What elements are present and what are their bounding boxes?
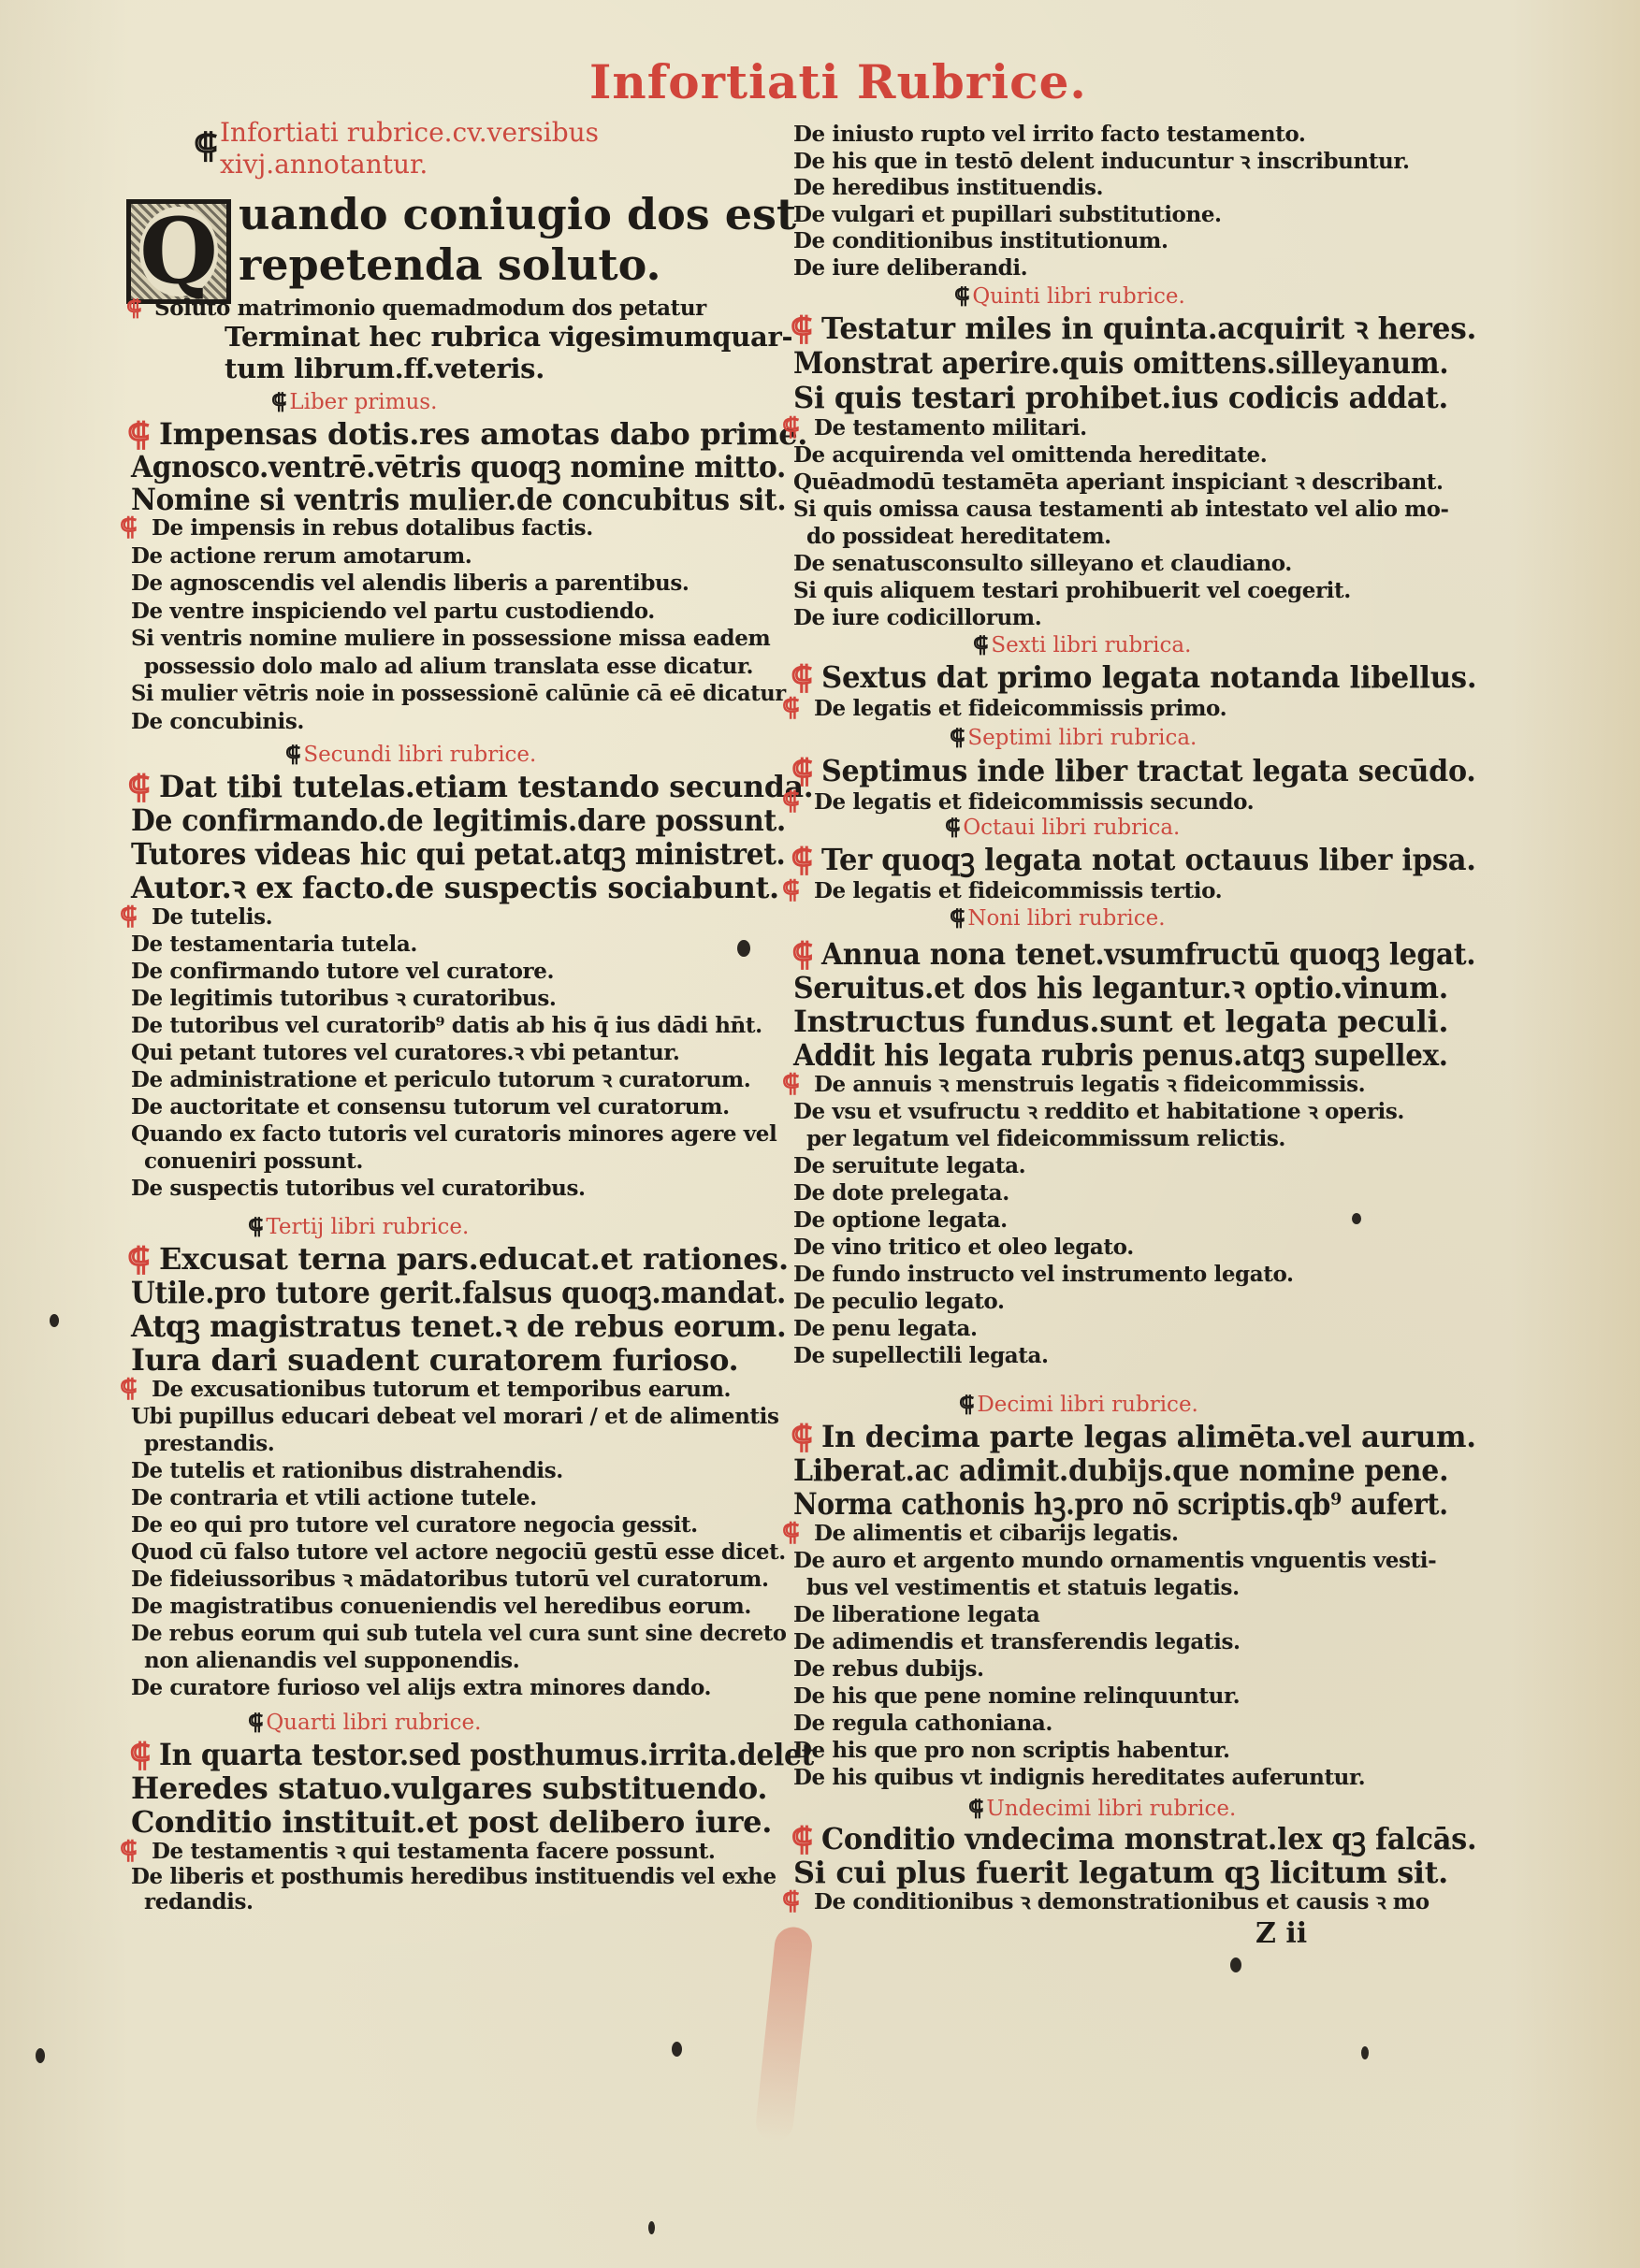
verse-line: Heredes statuo.vulgares substituendo. <box>131 1773 767 1803</box>
entry-line: ⸿De annuis ꝛ menstruis legatis ꝛ fideico… <box>814 1074 1365 1095</box>
pilcrow-icon: ⸿ <box>120 515 137 540</box>
verse-text: Norma cathonis hꝫ.pro nō scriptis.qb⁹ au… <box>793 1486 1448 1522</box>
title-entry: ⸿ Soluto matrimonio quemadmodum dos peta… <box>154 297 706 319</box>
pilcrow-icon: ⸿ <box>950 727 965 748</box>
entry-text: De eo qui pro tutore vel curatore negoci… <box>131 1512 698 1538</box>
title-line: uando coniugio dos est <box>239 193 796 236</box>
pilcrow-icon: ⸿ <box>194 129 218 163</box>
entry-text: De dote prelegata. <box>793 1180 1009 1206</box>
verse-text: Agnosco.ventrē.vētris quoqꝫ nomine mitto… <box>131 449 786 484</box>
pilcrow-icon: ⸿ <box>248 1712 263 1733</box>
entry-text: De vulgari et pupillari substitutione. <box>793 202 1222 227</box>
entry-line: De his quibus vt indignis hereditates au… <box>793 1767 1365 1788</box>
title-line: repetenda soluto. <box>239 243 661 286</box>
incunabulum-page: Infortiati Rubrice. ⸿ Infortiati rubrice… <box>0 0 1640 2268</box>
verse-line: ⸿Dat tibi tutelas.etiam testando secunda… <box>159 772 814 802</box>
entry-text: Si ventris nomine muliere in possessione… <box>131 626 770 651</box>
entry-line: ⸿De excusationibus tutorum et temporibus… <box>152 1379 731 1400</box>
entry-line: ⸿De legatis et fideicommissis secundo. <box>814 791 1254 813</box>
book-heading: ⸿Liber primus. <box>271 391 437 413</box>
entry-line: Quēadmodū testamēta aperiant inspiciant … <box>793 471 1444 493</box>
entry-line: do possideat hereditatem. <box>806 526 1111 547</box>
entry-text: De confirmando tutore vel curatore. <box>131 959 554 984</box>
entry-line: redandis. <box>144 1891 254 1913</box>
verse-line: Iura dari suadent curatorem furioso. <box>131 1345 738 1375</box>
pilcrow-icon: ⸿ <box>791 313 812 345</box>
pilcrow-icon: ⸿ <box>782 878 799 903</box>
entry-line: De vino tritico et oleo legato. <box>793 1236 1134 1258</box>
pilcrow-icon: ⸿ <box>791 1824 813 1856</box>
book-heading: ⸿Noni libri rubrice. <box>950 907 1166 930</box>
entry-line: De iure deliberandi. <box>793 257 1027 279</box>
entry-line: De dote prelegata. <box>793 1182 1009 1204</box>
entry-text: De iniusto rupto vel irrito facto testam… <box>793 122 1306 147</box>
verse-text: Iura dari suadent curatorem furioso. <box>131 1342 738 1378</box>
pilcrow-icon: ⸿ <box>120 1839 137 1863</box>
entry-line: De regula cathoniana. <box>793 1712 1052 1734</box>
pilcrow-icon: ⸿ <box>782 1521 799 1545</box>
verse-line: ⸿Annua nona tenet.vsumfructū quoqꝫ legat… <box>821 939 1475 969</box>
entry-text: De his que pro non scriptis habentur. <box>793 1738 1230 1763</box>
entry-text: De his que in testō delent inducuntur ꝛ … <box>793 149 1410 174</box>
entry-text: De adimendis et transferendis legatis. <box>793 1629 1241 1654</box>
verse-text: Seruitus.et dos his legantur.ꝛ optio.vin… <box>793 970 1448 1005</box>
entry-text: De contraria et vtili actione tutele. <box>131 1485 537 1510</box>
entry-text: De liberis et posthumis heredibus instit… <box>131 1864 776 1889</box>
book-heading: ⸿Septimi libri rubrica. <box>950 727 1197 749</box>
entry-text: De excusationibus tutorum et temporibus … <box>152 1377 731 1402</box>
entry-text: Qui petant tutores vel curatores.ꝛ vbi p… <box>131 1040 680 1065</box>
entry-line: De testamentaria tutela. <box>131 933 417 955</box>
entry-text: De legatis et fideicommissis tertio. <box>814 878 1222 903</box>
book-heading: ⸿Undecimi libri rubrice. <box>968 1798 1236 1820</box>
pilcrow-icon: ⸿ <box>973 634 988 656</box>
entry-line: conueniri possunt. <box>144 1150 363 1172</box>
entry-line: De peculio legato. <box>793 1291 1005 1312</box>
entry-text: De his que pene nomine relinquuntur. <box>793 1683 1240 1709</box>
verse-text: Nomine si ventris mulier.de concubitus s… <box>131 482 786 517</box>
pilcrow-icon: ⸿ <box>950 907 965 929</box>
entry-text: De heredibus instituendis. <box>793 175 1103 200</box>
entry-text: De vino tritico et oleo legato. <box>793 1235 1134 1260</box>
entry-line: bus vel vestimentis et statuis legatis. <box>806 1577 1240 1598</box>
entry-line: non alienandis vel supponendis. <box>144 1650 519 1671</box>
heading-text: Quinti libri rubrice. <box>972 284 1185 309</box>
pilcrow-icon: ⸿ <box>791 756 812 787</box>
pilcrow-icon: ⸿ <box>127 772 150 803</box>
entry-line: De penu legata. <box>793 1318 978 1339</box>
entry-line: De magistratibus conueniendis vel heredi… <box>131 1596 751 1617</box>
title-note: tum librum.ff.veteris. <box>225 355 544 383</box>
verse-text: Dat tibi tutelas.etiam testando secunda. <box>159 769 814 804</box>
verse-text: Septimus inde liber tractat legata secūd… <box>821 753 1476 788</box>
entry-text: conueniri possunt. <box>144 1148 363 1174</box>
wormhole <box>50 1314 59 1327</box>
book-heading: ⸿Decimi libri rubrice. <box>959 1394 1198 1416</box>
entry-text: De tutelis. <box>152 904 272 930</box>
decorated-initial: Q <box>126 199 231 304</box>
verse-line: Liberat.ac adimit.dubijs.que nomine pene… <box>793 1455 1448 1485</box>
verse-line: Conditio instituit.et post delibero iure… <box>131 1807 772 1837</box>
heading-text: Liber primus. <box>289 390 437 414</box>
entry-line: De iniusto rupto vel irrito facto testam… <box>793 123 1306 145</box>
pilcrow-icon: ⸿ <box>959 1394 974 1415</box>
entry-line: Si quis omissa causa testamenti ab intes… <box>793 498 1448 520</box>
verse-text: Excusat terna pars.educat.et rationes. <box>159 1241 789 1277</box>
pilcrow-icon: ⸿ <box>120 1377 137 1401</box>
pilcrow-icon: ⸿ <box>954 285 969 307</box>
entry-text: De iure deliberandi. <box>793 255 1027 281</box>
heading-text: Septimi libri rubrica. <box>967 726 1197 750</box>
book-heading: ⸿Octaui libri rubrica. <box>945 816 1180 839</box>
heading-text: Secundi libri rubrice. <box>303 743 536 767</box>
verse-line: ⸿Ter quoqꝫ legata notat octauus liber ip… <box>821 845 1476 874</box>
entry-line: De rebus dubijs. <box>793 1658 984 1680</box>
entry-text: De agnoscendis vel alendis liberis a par… <box>131 571 689 596</box>
entry-line: De concubinis. <box>131 711 304 732</box>
pilcrow-icon: ⸿ <box>782 415 799 440</box>
entry-line: ⸿De legatis et fideicommissis tertio. <box>814 880 1222 902</box>
pilcrow-icon: ⸿ <box>791 662 812 694</box>
entry-text: possessio dolo malo ad alium translata e… <box>144 654 753 679</box>
verse-line: Seruitus.et dos his legantur.ꝛ optio.vin… <box>793 973 1448 1003</box>
verse-text: Instructus fundus.sunt et legata peculi. <box>793 1004 1448 1039</box>
verse-line: Agnosco.ventrē.vētris quoqꝫ nomine mitto… <box>131 452 786 482</box>
entry-text: do possideat hereditatem. <box>806 524 1111 549</box>
verse-line: Utile.pro tutore gerit.falsus quoqꝫ.mand… <box>131 1278 786 1307</box>
title-note: Terminat hec rubrica vigesimumquar- <box>225 324 792 351</box>
verse-line: ⸿Septimus inde liber tractat legata secū… <box>821 756 1476 786</box>
book-heading: ⸿Quinti libri rubrice. <box>954 285 1185 308</box>
verse-line: ⸿In decima parte legas alimēta.vel aurum… <box>821 1422 1476 1452</box>
verse-text: Utile.pro tutore gerit.falsus quoqꝫ.mand… <box>131 1275 786 1310</box>
entry-text: De legitimis tutoribus ꝛ curatoribus. <box>131 986 557 1011</box>
entry-line: Si quis aliquem testari prohibuerit vel … <box>793 580 1351 601</box>
pilcrow-icon: ⸿ <box>130 1740 151 1771</box>
entry-line: De actione rerum amotarum. <box>131 545 472 567</box>
initial-letter: Q <box>139 207 218 296</box>
heading-text: Noni libri rubrice. <box>967 906 1165 931</box>
pilcrow-icon: ⸿ <box>127 1244 150 1276</box>
heading-text: Quarti libri rubrice. <box>266 1711 481 1735</box>
verse-line: Autor.ꝛ ex facto.de suspectis sociabunt. <box>131 873 779 903</box>
wormhole <box>1352 1213 1361 1224</box>
entry-text: De optione legata. <box>793 1207 1008 1233</box>
verse-text: Conditio vndecima monstrat.lex qꝫ falcās… <box>821 1821 1476 1856</box>
entry-text: De testamentaria tutela. <box>131 932 417 957</box>
entry-text: De iure codicillorum. <box>793 605 1041 630</box>
entry-line: De confirmando tutore vel curatore. <box>131 961 554 982</box>
red-ink-smear <box>754 1926 814 2144</box>
wormhole <box>1230 1957 1241 1972</box>
entry-line: De suspectis tutoribus vel curatoribus. <box>131 1177 586 1199</box>
entry-line: De ventre inspiciendo vel partu custodie… <box>131 600 655 622</box>
pilcrow-icon: ⸿ <box>782 696 799 720</box>
pilcrow-icon: ⸿ <box>127 419 150 451</box>
verse-text: Ter quoqꝫ legata notat octauus liber ips… <box>821 842 1476 877</box>
entry-text: De concubinis. <box>131 709 304 734</box>
entry-line: ⸿De conditionibus ꝛ demonstrationibus et… <box>814 1891 1430 1913</box>
entry-text: De testamento militari. <box>814 415 1087 441</box>
verse-text: Si cui plus fuerit legatum qꝫ licitum si… <box>793 1855 1448 1890</box>
entry-text: De alimentis et cibarijs legatis. <box>814 1521 1179 1546</box>
wormhole <box>672 2042 682 2057</box>
book-heading: ⸿Tertij libri rubrice. <box>248 1216 469 1238</box>
entry-text: De penu legata. <box>793 1316 978 1341</box>
verse-text: Impensas dotis.res amotas dabo prime. <box>159 416 807 452</box>
entry-text: De auro et argento mundo ornamentis vngu… <box>793 1548 1436 1573</box>
entry-text: prestandis. <box>144 1431 274 1456</box>
entry-text: De administratione et periculo tutorum ꝛ… <box>131 1067 750 1092</box>
entry-line: De auro et argento mundo ornamentis vngu… <box>793 1550 1436 1571</box>
verse-line: ⸿In quarta testor.sed posthumus.irrita.d… <box>159 1740 814 1770</box>
entry-text: Si quis omissa causa testamenti ab intes… <box>793 497 1448 522</box>
entry-line: De fideiussoribus ꝛ mādatoribus tutorū v… <box>131 1568 769 1590</box>
entry-line: De acquirenda vel omittenda hereditate. <box>793 444 1267 466</box>
verse-line: Norma cathonis hꝫ.pro nō scriptis.qb⁹ au… <box>793 1489 1448 1519</box>
verse-text: Autor.ꝛ ex facto.de suspectis sociabunt. <box>131 870 779 905</box>
entry-text: De peculio legato. <box>793 1289 1005 1314</box>
running-head: Infortiati Rubrice. <box>589 54 1087 109</box>
verse-line: Si quis testari prohibet.ius codicis add… <box>793 383 1448 412</box>
verse-line: Tutores videas hic qui petat.atqꝫ minist… <box>131 839 786 869</box>
entry-text: De actione rerum amotarum. <box>131 543 472 569</box>
pilcrow-icon: ⸿ <box>248 1216 263 1237</box>
entry-text: De regula cathoniana. <box>793 1711 1052 1736</box>
entry-line: Quando ex facto tutoris vel curatoris mi… <box>131 1123 776 1145</box>
entry-text: De rebus eorum qui sub tutela vel cura s… <box>131 1621 787 1646</box>
entry-line: De vsu et vsufructu ꝛ reddito et habitat… <box>793 1101 1404 1122</box>
wormhole <box>1361 2046 1369 2059</box>
entry-line: De his que in testō delent inducuntur ꝛ … <box>793 151 1410 172</box>
entry-line: De optione legata. <box>793 1209 1008 1231</box>
entry-line: De senatusconsulto silleyano et claudian… <box>793 553 1292 574</box>
verse-text: In quarta testor.sed posthumus.irrita.de… <box>159 1737 814 1772</box>
entry-line: ⸿De tutelis. <box>152 906 272 928</box>
verse-text: Sextus dat primo legata notanda libellus… <box>821 659 1476 695</box>
heading-text: Sexti libri rubrica. <box>991 633 1191 657</box>
entry-line: De adimendis et transferendis legatis. <box>793 1631 1241 1653</box>
verse-line: Nomine si ventris mulier.de concubitus s… <box>131 484 786 514</box>
entry-text: redandis. <box>144 1889 254 1914</box>
verse-text: Testatur miles in quinta.acquirit ꝛ here… <box>821 311 1476 346</box>
entry-line: possessio dolo malo ad alium translata e… <box>144 656 753 677</box>
pilcrow-icon: ⸿ <box>945 816 960 838</box>
entry-text: per legatum vel fideicommissum relictis. <box>806 1126 1285 1151</box>
pilcrow-icon: ⸿ <box>120 904 137 929</box>
entry-line: Si mulier vētris noie in possessionē cal… <box>131 683 786 704</box>
verse-line: ⸿Excusat terna pars.educat.et rationes. <box>159 1244 789 1274</box>
entry-text: De conditionibus institutionum. <box>793 228 1168 253</box>
entry-text: De liberatione legata <box>793 1602 1039 1627</box>
entry-text: bus vel vestimentis et statuis legatis. <box>806 1575 1240 1600</box>
pilcrow-icon: ⸿ <box>782 1072 799 1096</box>
pilcrow-icon: ⸿ <box>126 297 141 319</box>
wormhole <box>737 940 750 957</box>
heading-text: Decimi libri rubrice. <box>977 1393 1198 1417</box>
entry-line: De tutelis et rationibus distrahendis. <box>131 1460 563 1481</box>
verse-text: Heredes statuo.vulgares substituendo. <box>131 1770 767 1806</box>
pilcrow-icon: ⸿ <box>782 1889 799 1914</box>
pilcrow-icon: ⸿ <box>285 744 300 765</box>
signature-mark: Z ii <box>1255 1917 1307 1950</box>
verse-text: Annua nona tenet.vsumfructū quoqꝫ legat. <box>821 936 1475 972</box>
verse-line: Monstrat aperire.quis omittens.silleyanu… <box>793 348 1448 378</box>
entry-text: De tutelis et rationibus distrahendis. <box>131 1458 563 1483</box>
entry-text: De fideiussoribus ꝛ mādatoribus tutorū v… <box>131 1567 769 1592</box>
verse-line: Si cui plus fuerit legatum qꝫ licitum si… <box>793 1857 1448 1887</box>
entry-text: De fundo instructo vel instrumento legat… <box>793 1262 1294 1287</box>
entry-line: De contraria et vtili actione tutele. <box>131 1487 537 1509</box>
verse-text: Liberat.ac adimit.dubijs.que nomine pene… <box>793 1452 1448 1488</box>
pilcrow-icon: ⸿ <box>968 1798 983 1819</box>
entry-line: De administratione et periculo tutorum ꝛ… <box>131 1069 750 1091</box>
pilcrow-icon: ⸿ <box>791 939 812 971</box>
entry-text: De auctoritate et consensu tutorum vel c… <box>131 1094 730 1120</box>
entry-line: De tutoribus vel curatorib⁹ datis ab his… <box>131 1015 762 1036</box>
entry-line: ⸿De testamentis ꝛ qui testamenta facere … <box>152 1841 716 1862</box>
entry-text: De rebus dubijs. <box>793 1656 984 1682</box>
entry-text: De legatis et fideicommissis primo. <box>814 696 1226 721</box>
entry-text: De magistratibus conueniendis vel heredi… <box>131 1594 751 1619</box>
entry-line: ⸿De impensis in rebus dotalibus factis. <box>152 517 593 539</box>
entry-text: Quod cū falso tutore vel actore negociū … <box>131 1539 786 1565</box>
pilcrow-icon: ⸿ <box>271 391 286 412</box>
entry-text: Soluto matrimonio quemadmodum dos petatu… <box>154 296 706 321</box>
verse-text: In decima parte legas alimēta.vel aurum. <box>821 1419 1476 1454</box>
verse-line: ⸿Impensas dotis.res amotas dabo prime. <box>159 419 807 449</box>
entry-line: ⸿De alimentis et cibarijs legatis. <box>814 1523 1179 1544</box>
entry-line: De rebus eorum qui sub tutela vel cura s… <box>131 1623 787 1644</box>
pilcrow-icon: ⸿ <box>782 789 799 814</box>
entry-text: De annuis ꝛ menstruis legatis ꝛ fideicom… <box>814 1072 1365 1097</box>
entry-text: De testamentis ꝛ qui testamenta facere p… <box>152 1839 716 1864</box>
intro-rubric-line: xivj.annotantur. <box>220 152 428 178</box>
verse-line: De confirmando.de legitimis.dare possunt… <box>131 805 786 835</box>
entry-text: De senatusconsulto silleyano et claudian… <box>793 551 1292 576</box>
entry-text: non alienandis vel supponendis. <box>144 1648 519 1673</box>
entry-text: De impensis in rebus dotalibus factis. <box>152 515 593 541</box>
entry-line: De supellectili legata. <box>793 1345 1049 1366</box>
entry-line: Si ventris nomine muliere in possessione… <box>131 628 770 649</box>
wormhole <box>36 2048 45 2063</box>
pilcrow-icon: ⸿ <box>791 845 813 876</box>
wormhole <box>648 2221 655 2234</box>
entry-text: De his quibus vt indignis hereditates au… <box>793 1765 1365 1790</box>
entry-line: De his que pene nomine relinquuntur. <box>793 1685 1240 1707</box>
verse-text: Atqꝫ magistratus tenet.ꝛ de rebus eorum. <box>131 1308 786 1344</box>
entry-line: De heredibus instituendis. <box>793 177 1103 198</box>
entry-line: De liberatione legata <box>793 1604 1039 1625</box>
entry-text: Quēadmodū testamēta aperiant inspiciant … <box>793 469 1444 495</box>
entry-text: De ventre inspiciendo vel partu custodie… <box>131 599 655 624</box>
entry-text: De suspectis tutoribus vel curatoribus. <box>131 1176 586 1201</box>
entry-text: De legatis et fideicommissis secundo. <box>814 789 1254 815</box>
verse-text: De confirmando.de legitimis.dare possunt… <box>131 802 786 838</box>
entry-text: De supellectili legata. <box>793 1343 1049 1368</box>
entry-line: De seruitute legata. <box>793 1155 1025 1177</box>
heading-text: Undecimi libri rubrice. <box>986 1797 1236 1821</box>
verse-text: Monstrat aperire.quis omittens.silleyanu… <box>793 345 1448 381</box>
entry-text: De conditionibus ꝛ demonstrationibus et … <box>814 1889 1430 1914</box>
book-heading: ⸿Sexti libri rubrica. <box>973 634 1191 657</box>
entry-text: Si quis aliquem testari prohibuerit vel … <box>793 578 1351 603</box>
entry-text: Quando ex facto tutoris vel curatoris mi… <box>131 1121 776 1147</box>
entry-line: ⸿De testamento militari. <box>814 417 1087 439</box>
heading-text: Octaui libri rubrica. <box>963 816 1180 840</box>
verse-line: ⸿Conditio vndecima monstrat.lex qꝫ falcā… <box>821 1824 1476 1854</box>
entry-line: Qui petant tutores vel curatores.ꝛ vbi p… <box>131 1042 680 1063</box>
verse-line: Atqꝫ magistratus tenet.ꝛ de rebus eorum. <box>131 1311 786 1341</box>
verse-text: Si quis testari prohibet.ius codicis add… <box>793 380 1448 415</box>
entry-line: ⸿De legatis et fideicommissis primo. <box>814 698 1226 719</box>
entry-text: De vsu et vsufructu ꝛ reddito et habitat… <box>793 1099 1404 1124</box>
entry-line: De agnoscendis vel alendis liberis a par… <box>131 572 689 594</box>
entry-line: De his que pro non scriptis habentur. <box>793 1740 1230 1761</box>
entry-line: De iure codicillorum. <box>793 607 1041 628</box>
entry-line: De conditionibus institutionum. <box>793 230 1168 252</box>
entry-text: De curatore furioso vel alijs extra mino… <box>131 1675 711 1700</box>
entry-line: prestandis. <box>144 1433 274 1454</box>
entry-line: De legitimis tutoribus ꝛ curatoribus. <box>131 988 557 1009</box>
verse-line: ⸿Testatur miles in quinta.acquirit ꝛ her… <box>821 313 1476 343</box>
pilcrow-icon: ⸿ <box>791 1422 812 1453</box>
verse-line: Addit his legata rubris penus.atqꝫ supel… <box>793 1040 1448 1070</box>
heading-text: Tertij libri rubrice. <box>266 1215 469 1239</box>
book-heading: ⸿Quarti libri rubrice. <box>248 1712 481 1734</box>
entry-line: De vulgari et pupillari substitutione. <box>793 204 1222 225</box>
entry-text: Ubi pupillus educari debeat vel morari /… <box>131 1404 779 1429</box>
verse-line: Instructus fundus.sunt et legata peculi. <box>793 1006 1448 1036</box>
entry-line: De auctoritate et consensu tutorum vel c… <box>131 1096 730 1118</box>
intro-rubric: ⸿ Infortiati rubrice.cv.versibus <box>220 120 599 146</box>
entry-line: Quod cū falso tutore vel actore negociū … <box>131 1541 786 1563</box>
entry-text: De tutoribus vel curatorib⁹ datis ab his… <box>131 1013 762 1038</box>
entry-text: Si mulier vētris noie in possessionē cal… <box>131 681 786 706</box>
verse-line: ⸿Sextus dat primo legata notanda libellu… <box>821 662 1476 692</box>
entry-text: De acquirenda vel omittenda hereditate. <box>793 442 1267 468</box>
entry-line: De curatore furioso vel alijs extra mino… <box>131 1677 711 1698</box>
entry-line: De eo qui pro tutore vel curatore negoci… <box>131 1514 698 1536</box>
verse-text: Tutores videas hic qui petat.atqꝫ minist… <box>131 836 786 872</box>
entry-line: per legatum vel fideicommissum relictis. <box>806 1128 1285 1149</box>
entry-line: Ubi pupillus educari debeat vel morari /… <box>131 1406 779 1427</box>
entry-text: De seruitute legata. <box>793 1153 1025 1178</box>
verse-text: Conditio instituit.et post delibero iure… <box>131 1804 772 1840</box>
verse-text: Addit his legata rubris penus.atqꝫ supel… <box>793 1037 1448 1073</box>
intro-rubric-line: Infortiati rubrice.cv.versibus <box>220 117 599 148</box>
entry-line: De fundo instructo vel instrumento legat… <box>793 1264 1294 1285</box>
book-heading: ⸿Secundi libri rubrice. <box>285 744 536 766</box>
entry-line: De liberis et posthumis heredibus instit… <box>131 1866 776 1887</box>
